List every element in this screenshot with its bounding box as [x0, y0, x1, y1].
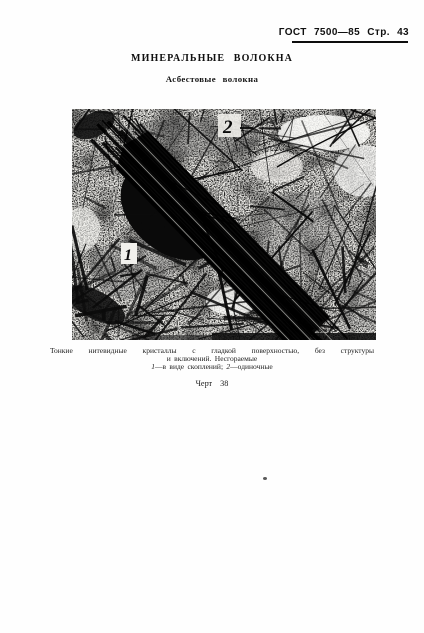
micrograph-figure: 2 1 [72, 109, 376, 340]
micrograph-photo: 2 1 [72, 109, 376, 340]
section-subtitle: Асбестовые волокна [0, 74, 424, 84]
figure-label-single: 2 [222, 117, 233, 138]
legend-text-2: —одиночные [230, 362, 273, 371]
header-rule [292, 41, 408, 43]
figure-number: Черт 38 [0, 379, 424, 388]
caption-legend: 1—в виде скоплений; 2—одиночные [50, 363, 374, 371]
figure-caption: Тонкие нитевидные кристаллы с гладкой по… [50, 347, 374, 371]
speck-artifact [263, 477, 267, 480]
figure-label-cluster: 1 [124, 247, 132, 264]
page-title: МИНЕРАЛЬНЫЕ ВОЛОКНА [0, 53, 424, 64]
gost-page-header: ГОСТ 7500—85 Стр. 43 [279, 27, 409, 38]
document-page: ГОСТ 7500—85 Стр. 43 МИНЕРАЛЬНЫЕ ВОЛОКНА… [0, 0, 424, 633]
legend-text-1: —в виде скоплений; [155, 362, 226, 371]
